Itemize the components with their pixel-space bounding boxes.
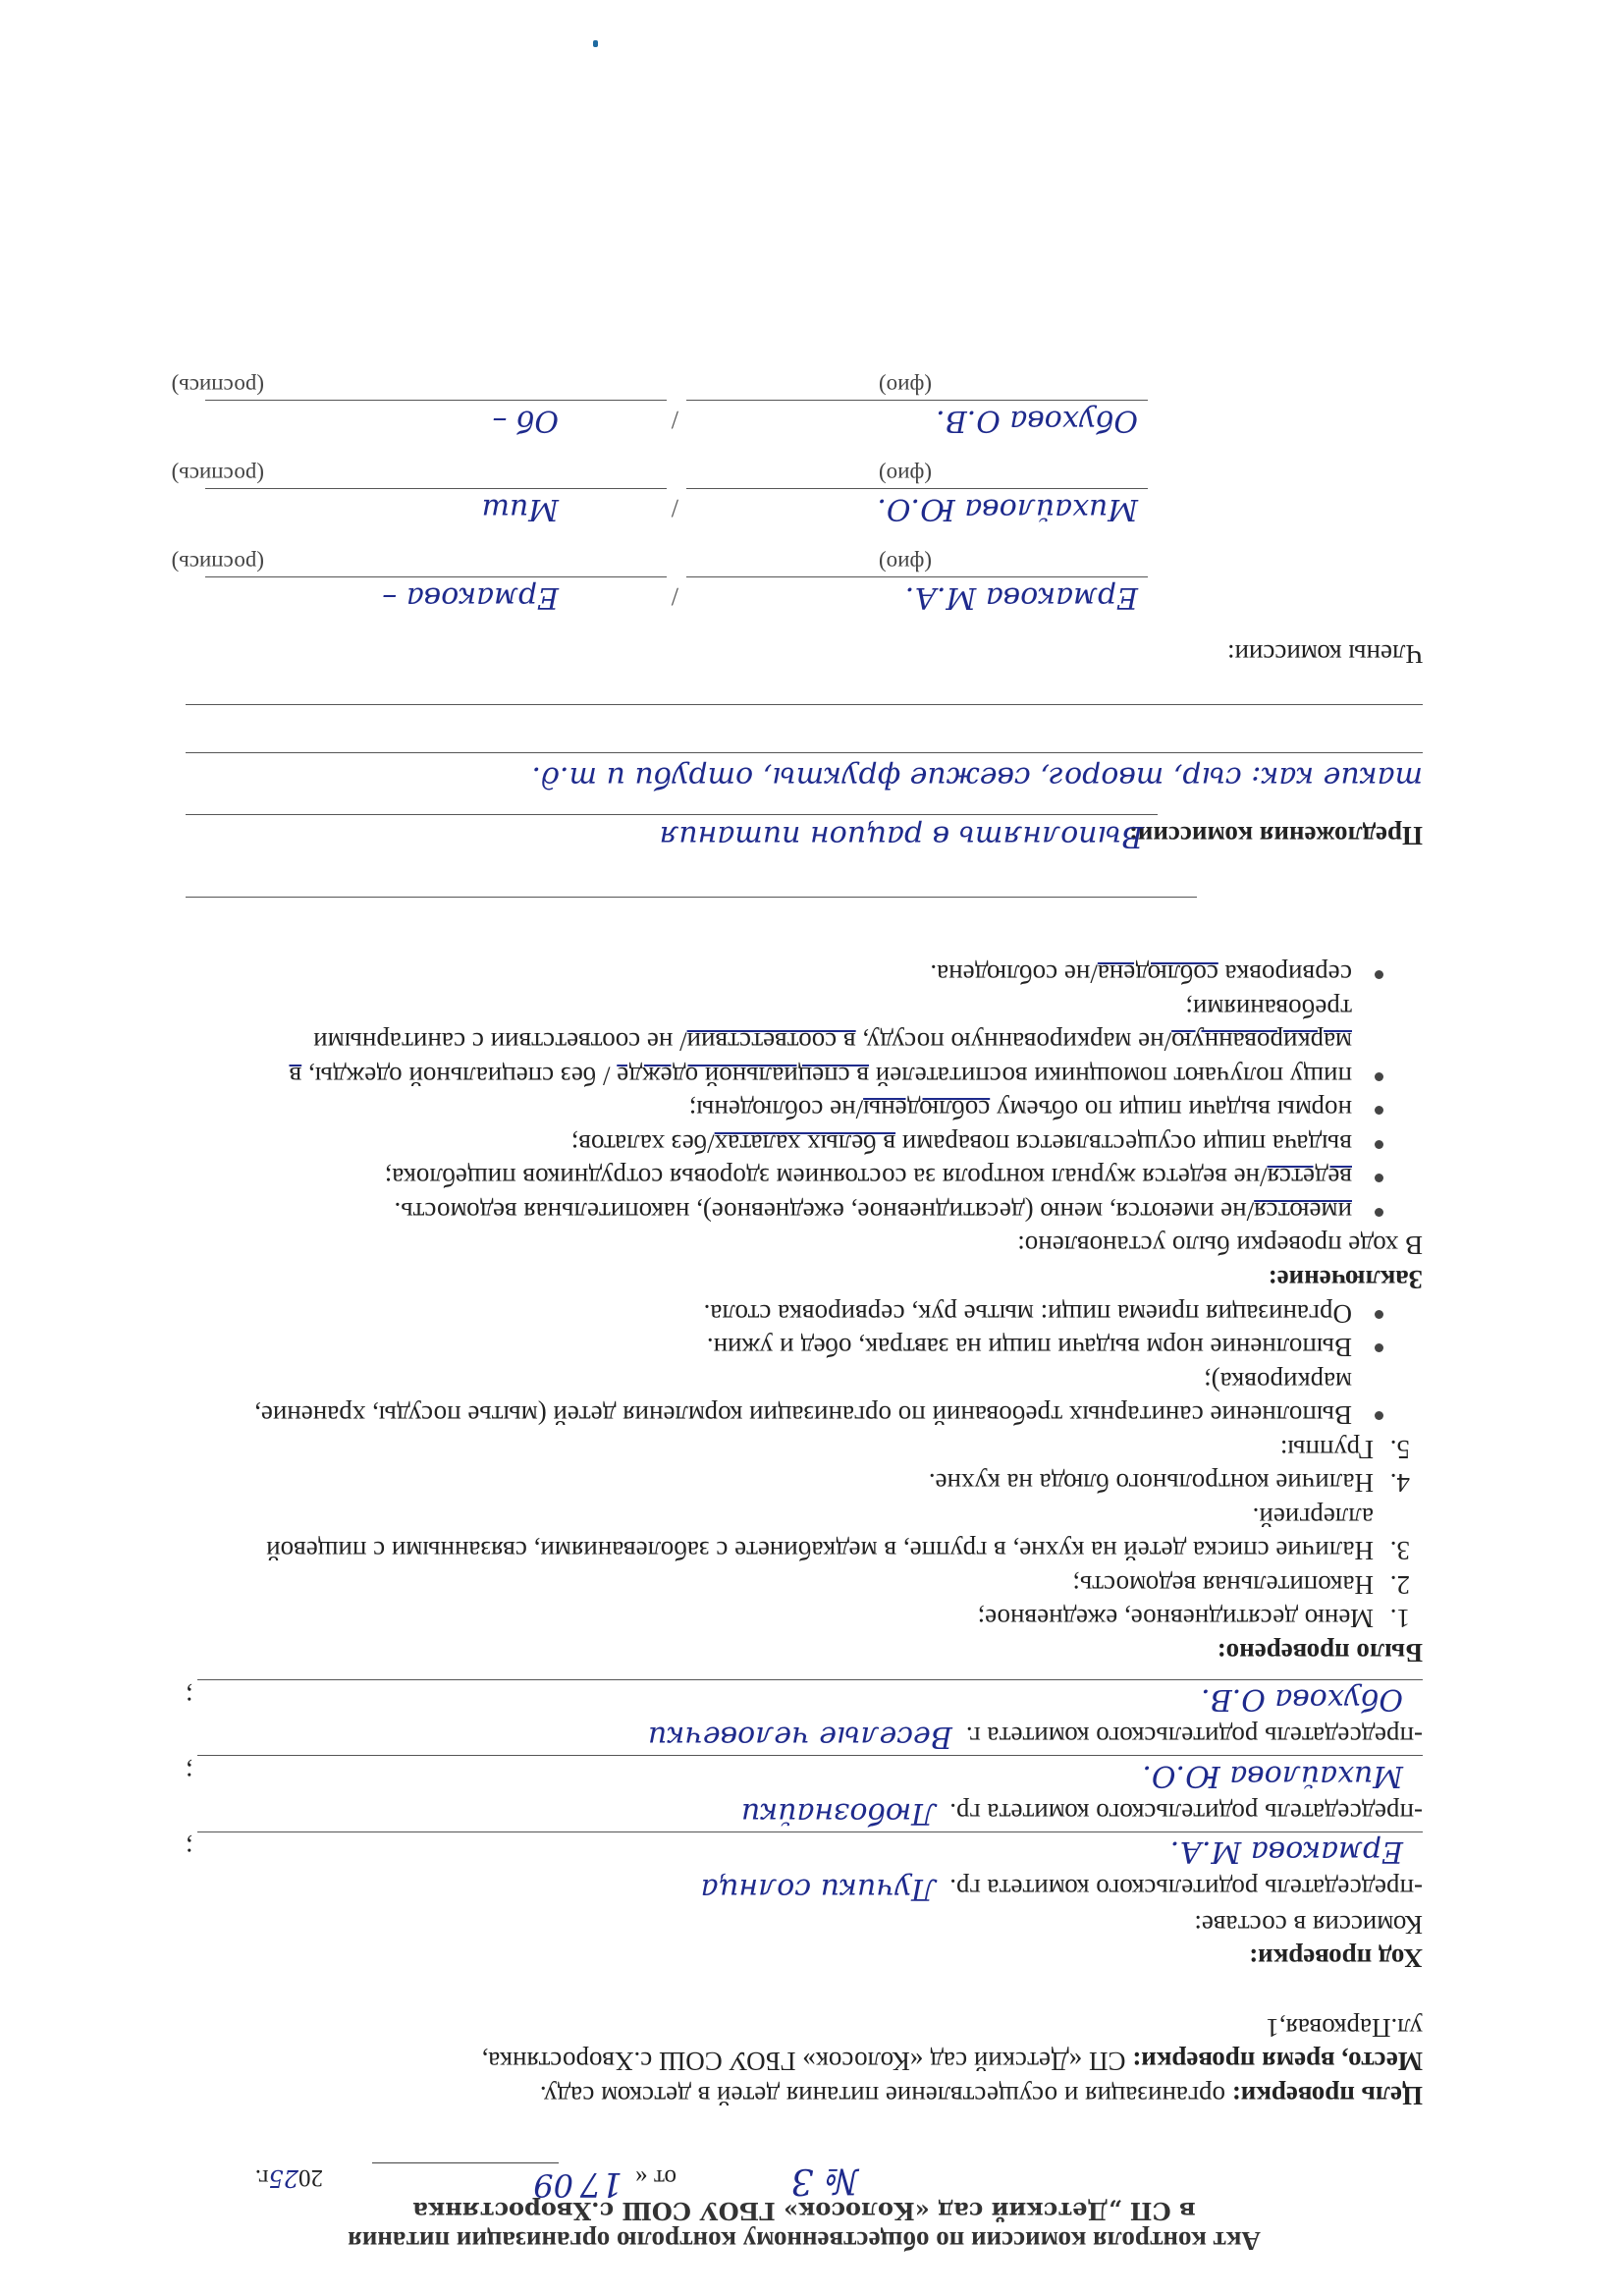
signature-caption: (роспись) [172, 372, 264, 401]
selected-option: соблюдены [863, 1095, 990, 1124]
place-label: Место, время проверки: [1132, 2047, 1423, 2076]
role-text: -председатель родительского комитета гр. [949, 1798, 1423, 1828]
checked-item: Группы: [186, 1432, 1383, 1466]
group-handwritten: Любознайки [741, 1796, 936, 1831]
item-text: /не соблюдена. [930, 959, 1097, 989]
committee-role: -председатель родительского комитета г.В… [186, 1718, 1423, 1755]
item-text: /не ведется журнал контроля за состояние… [385, 1163, 1268, 1192]
purpose-line: Цель проверки: организация и осуществлен… [186, 2078, 1423, 2112]
conclusion-intro: В ходе проверки было установлено: [186, 1229, 1423, 1263]
signature-line [205, 400, 667, 401]
conclusion-item: имеются/не имеются, меню (десятидневное,… [186, 1194, 1383, 1229]
committee-member-1: -председатель родительского комитета гр.… [186, 1831, 1423, 1907]
member-name-handwritten: Михайлова Ю.О. [877, 490, 1138, 527]
member-name-handwritten: Обухова О.В. [936, 402, 1138, 439]
separator-slash: / [672, 580, 678, 613]
conclusion-item: ведется/не ведется журнал контроля за со… [186, 1161, 1383, 1195]
selected-option: соблюдена [1098, 959, 1218, 989]
item-text: пищу получают помощники воспитателей [869, 1062, 1352, 1091]
separator-slash: / [672, 492, 678, 524]
act-number-date-row: № 3 от « 17 09 2025г. [186, 2148, 1423, 2193]
blank-line [186, 898, 1197, 938]
progress-label: Ход проверки: [186, 1941, 1423, 1976]
group-handwritten: Веселые человечки [648, 1720, 952, 1754]
committee-member-3: -председатель родительского комитета г.В… [186, 1679, 1423, 1755]
purpose-section: Цель проверки: организация и осуществлен… [186, 2010, 1423, 2112]
year-handwritten: 25 [268, 2164, 298, 2192]
line-end: ; [186, 1679, 193, 1714]
member-signature: Ермакова – [382, 578, 559, 616]
scanned-document-page: Акт контроля комиссии по общественному к… [0, 0, 1624, 2296]
commission-intro: Комиссия в составе: [186, 1907, 1423, 1941]
checked-label: Было проверено: [186, 1635, 1423, 1669]
selected-option: в специальной одежде [617, 1062, 869, 1091]
proposals-line [186, 815, 1158, 816]
year-suffix: г. [255, 2164, 269, 2191]
purpose-text: организация и осуществление питания дете… [540, 2081, 1225, 2110]
date-blank-line [372, 2162, 559, 2163]
fio-caption: (фио) [879, 549, 932, 577]
proposals-label: Предложения комиссии: [1129, 819, 1423, 853]
name-handwritten: Обухова О.В. [1201, 1680, 1403, 1718]
date-prefix: от « [635, 2161, 677, 2193]
checked-item: Наличие контрольного блюда на кухне. [186, 1466, 1383, 1501]
role-text: -председатель родительского комитета г. [966, 1722, 1423, 1751]
conclusion-item: выдача пищи осуществляется поварами в бе… [186, 1126, 1383, 1161]
members-label: Члены комиссии: [186, 637, 1423, 672]
name-fill-line: Обухова О.В. [197, 1679, 1423, 1718]
progress-section: Ход проверки: Комиссия в составе: -предс… [186, 1679, 1423, 1975]
member-name-handwritten: Ермакова М.А. [905, 578, 1138, 616]
conclusion-item: пищу получают помощники воспитателей в с… [186, 991, 1383, 1093]
year-prefix: 20 [298, 2164, 323, 2191]
conclusion-list: имеются/не имеются, меню (десятидневное,… [186, 957, 1423, 1229]
group-checks-list: Выполнение санитарных требований по орга… [186, 1296, 1423, 1432]
name-handwritten: Михайлова Ю.О. [1142, 1756, 1403, 1793]
signature-caption: (роспись) [172, 549, 264, 577]
item-text: /не маркированную посуду, [856, 1027, 1171, 1057]
conclusion-item: нормы выдачи пищи по объему соблюдены/не… [186, 1093, 1383, 1127]
document-title: Акт контроля комиссии по общественному к… [186, 2225, 1423, 2257]
place-text: СП «Детский сад «Колосок» ГБОУ СОШ с.Хво… [482, 2047, 1126, 2076]
group-check-item: Выполнение санитарных требований по орга… [186, 1364, 1383, 1432]
conclusion-label: Заключение: [186, 1262, 1423, 1296]
committee-role: -председатель родительского комитета гр.… [186, 1793, 1423, 1831]
date-day: 17 [580, 2161, 623, 2205]
signature-row: Михайлова Ю.О. / Миш (фио) (роспись) [186, 461, 1148, 549]
item-text: сервировка [1218, 959, 1352, 989]
checked-item: Меню десятидневное, ежедневное; [186, 1602, 1383, 1636]
group-handwritten: Лучики солнца [701, 1872, 937, 1906]
item-text: /не имеются, меню (десятидневное, ежедне… [395, 1197, 1255, 1227]
name-handwritten: Ермакова М.А. [1170, 1832, 1403, 1870]
proposals-line-2: такие как: сыр, творог, свежие фрукты, о… [186, 753, 1423, 815]
committee-member-2: -председатель родительского комитета гр.… [186, 1755, 1423, 1831]
separator-slash: / [672, 404, 678, 436]
group-check-item: Выполнение норм выдачи пищи на завтрак, … [186, 1331, 1383, 1365]
line-end: ; [186, 1755, 193, 1789]
name-fill-line: Михайлова Ю.О. [197, 1755, 1423, 1793]
proposals-row: Предложения комиссии: Выполнять в рацион… [186, 815, 1423, 862]
signature-line [205, 488, 667, 489]
item-text: нормы выдачи пищи по объему [990, 1095, 1352, 1124]
checked-item: Наличие списка детей на кухне, в группе,… [186, 1500, 1383, 1567]
selected-option: в белых халатах [715, 1129, 895, 1159]
fio-caption: (фио) [879, 461, 932, 489]
member-signature: Миш [482, 490, 559, 527]
checked-list: Меню десятидневное, ежедневное; Накопите… [186, 1432, 1423, 1635]
conclusion-section: Заключение: В ходе проверки было установ… [186, 957, 1423, 1296]
conclusion-item: сервировка соблюдена/не соблюдена. [186, 957, 1383, 992]
item-text: /не соблюдены; [689, 1095, 863, 1124]
place-line-2: ул.Парковая,1 [186, 2010, 1423, 2045]
signature-caption: (роспись) [172, 461, 264, 489]
selected-option: в соответствии [687, 1027, 856, 1057]
scan-artifact-dot [593, 40, 598, 47]
signature-row: Ермакова М.А. / Ермакова – (фио) (роспис… [186, 549, 1148, 637]
name-fill-line: Ермакова М.А. [197, 1831, 1423, 1870]
proposals-handwritten-2: такие как: сыр, творог, свежие фрукты, о… [531, 758, 1423, 795]
act-number: № 3 [791, 2158, 858, 2203]
item-text: выдача пищи осуществляется поварами [895, 1129, 1352, 1159]
committee-role: -председатель родительского комитета гр.… [186, 1870, 1423, 1907]
item-text: /без халатов; [571, 1129, 715, 1159]
signature-line [205, 576, 667, 577]
checked-item: Накопительная ведомость; [186, 1567, 1383, 1602]
proposals-handwritten-1: Выполнять в рацион питания [659, 817, 1143, 854]
selected-option: ведется [1268, 1163, 1352, 1192]
member-signature: Об – [493, 402, 559, 439]
group-check-item: Организация приема пищи: мытье рук, серв… [186, 1296, 1383, 1331]
document-content: Акт контроля комиссии по общественному к… [186, 372, 1423, 2257]
selected-option: имеются [1254, 1197, 1352, 1227]
signature-row: Обухова О.В. / Об – (фио) (роспись) [186, 372, 1148, 461]
proposals-line-3 [186, 705, 1423, 753]
place-line: Место, время проверки: СП «Детский сад «… [186, 2045, 1423, 2079]
date-month: 09 [533, 2164, 573, 2205]
item-text: / без специальной одежды, [301, 1062, 617, 1091]
checked-section: Было проверено: Меню десятидневное, ежед… [186, 1296, 1423, 1669]
purpose-label: Цель проверки: [1232, 2081, 1423, 2110]
role-text: -председатель родительского комитета гр. [949, 1874, 1423, 1903]
date-year: 2025г. [255, 2161, 323, 2193]
fio-caption: (фио) [879, 372, 932, 401]
line-end: ; [186, 1831, 193, 1866]
